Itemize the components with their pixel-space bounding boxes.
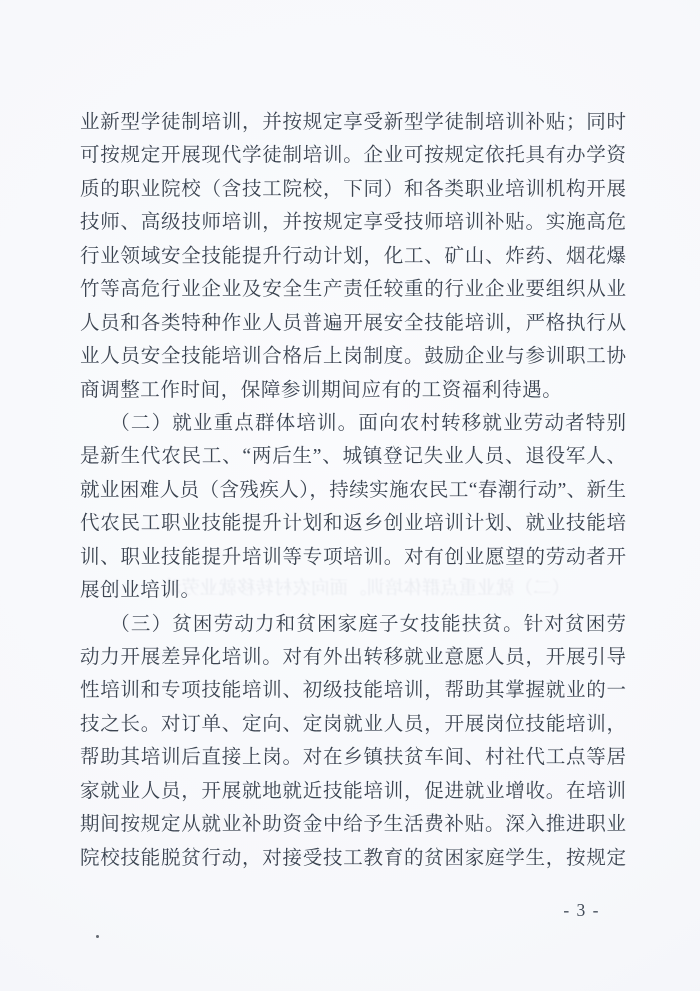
text-line: 院校技能脱贫行动，对接受技工教育的贫困家庭学生，按规定 [80,842,626,875]
text-line: 质的职业院校（含技工院校，下同）和各类职业培训机构开展 [80,173,626,206]
text-line: 业人员安全技能培训合格后上岗制度。鼓励企业与参训职工协 [80,340,626,373]
paragraph-continuation: 业新型学徒制培训，并按规定享受新型学徒制培训补贴；同时 可按规定开展现代学徒制培… [80,106,626,407]
scanned-document-page: 业新型学徒制培训，并按规定享受新型学徒制培训补贴；同时 可按规定开展现代学徒制培… [0,0,700,991]
body-text: 业新型学徒制培训，并按规定享受新型学徒制培训补贴；同时 可按规定开展现代学徒制培… [80,106,626,875]
text-line: 竹等高危行业企业及安全生产责任较重的行业企业要组织从业 [80,273,626,306]
text-line: 技之长。对订单、定向、定岗就业人员，开展岗位技能培训， [80,708,626,741]
text-line: 动力开展差异化培训。对有外出转移就业意愿人员，开展引导 [80,641,626,674]
text-line: 业新型学徒制培训，并按规定享受新型学徒制培训补贴；同时 [80,106,626,139]
text-line: （二）就业重点群体培训。面向农村转移就业劳动者特别 [80,407,626,440]
text-line: 期间按规定从就业补助资金中给予生活费补贴。深入推进职业 [80,808,626,841]
text-line: 技师、高级技师培训，并按规定享受技师培训补贴。实施高危 [80,206,626,239]
text-line: 家就业人员，开展就地就近技能培训，促进就业增收。在培训 [80,775,626,808]
scan-speck-artifact [96,935,99,938]
text-line: （三）贫困劳动力和贫困家庭子女技能扶贫。针对贫困劳 [80,608,626,641]
paragraph-item-2: （二）就业重点群体培训。面向农村转移就业劳动者特别 是新生代农民工、“两后生”、… [80,407,626,608]
text-line: 行业领域安全技能提升行动计划，化工、矿山、炸药、烟花爆 [80,240,626,273]
page-number: - 3 - [563,900,600,921]
text-line: 展创业培训。 [80,574,626,607]
text-line: 商调整工作时间，保障参训期间应有的工资福利待遇。 [80,374,626,407]
text-line: 就业困难人员（含残疾人），持续实施农民工“春潮行动”、新生 [80,474,626,507]
text-line: 人员和各类特种作业人员普遍开展安全技能培训，严格执行从 [80,307,626,340]
text-line: 是新生代农民工、“两后生”、城镇登记失业人员、退役军人、 [80,440,626,473]
text-line: 帮助其培训后直接上岗。对在乡镇扶贫车间、村社代工点等居 [80,741,626,774]
text-line: 训、职业技能提升培训等专项培训。对有创业愿望的劳动者开 [80,541,626,574]
text-line: 可按规定开展现代学徒制培训。企业可按规定依托具有办学资 [80,139,626,172]
text-line: 代农民工职业技能提升计划和返乡创业培训计划、就业技能培 [80,507,626,540]
text-line: 性培训和专项技能培训、初级技能培训，帮助其掌握就业的一 [80,674,626,707]
paragraph-item-3: （三）贫困劳动力和贫困家庭子女技能扶贫。针对贫困劳 动力开展差异化培训。对有外出… [80,608,626,876]
